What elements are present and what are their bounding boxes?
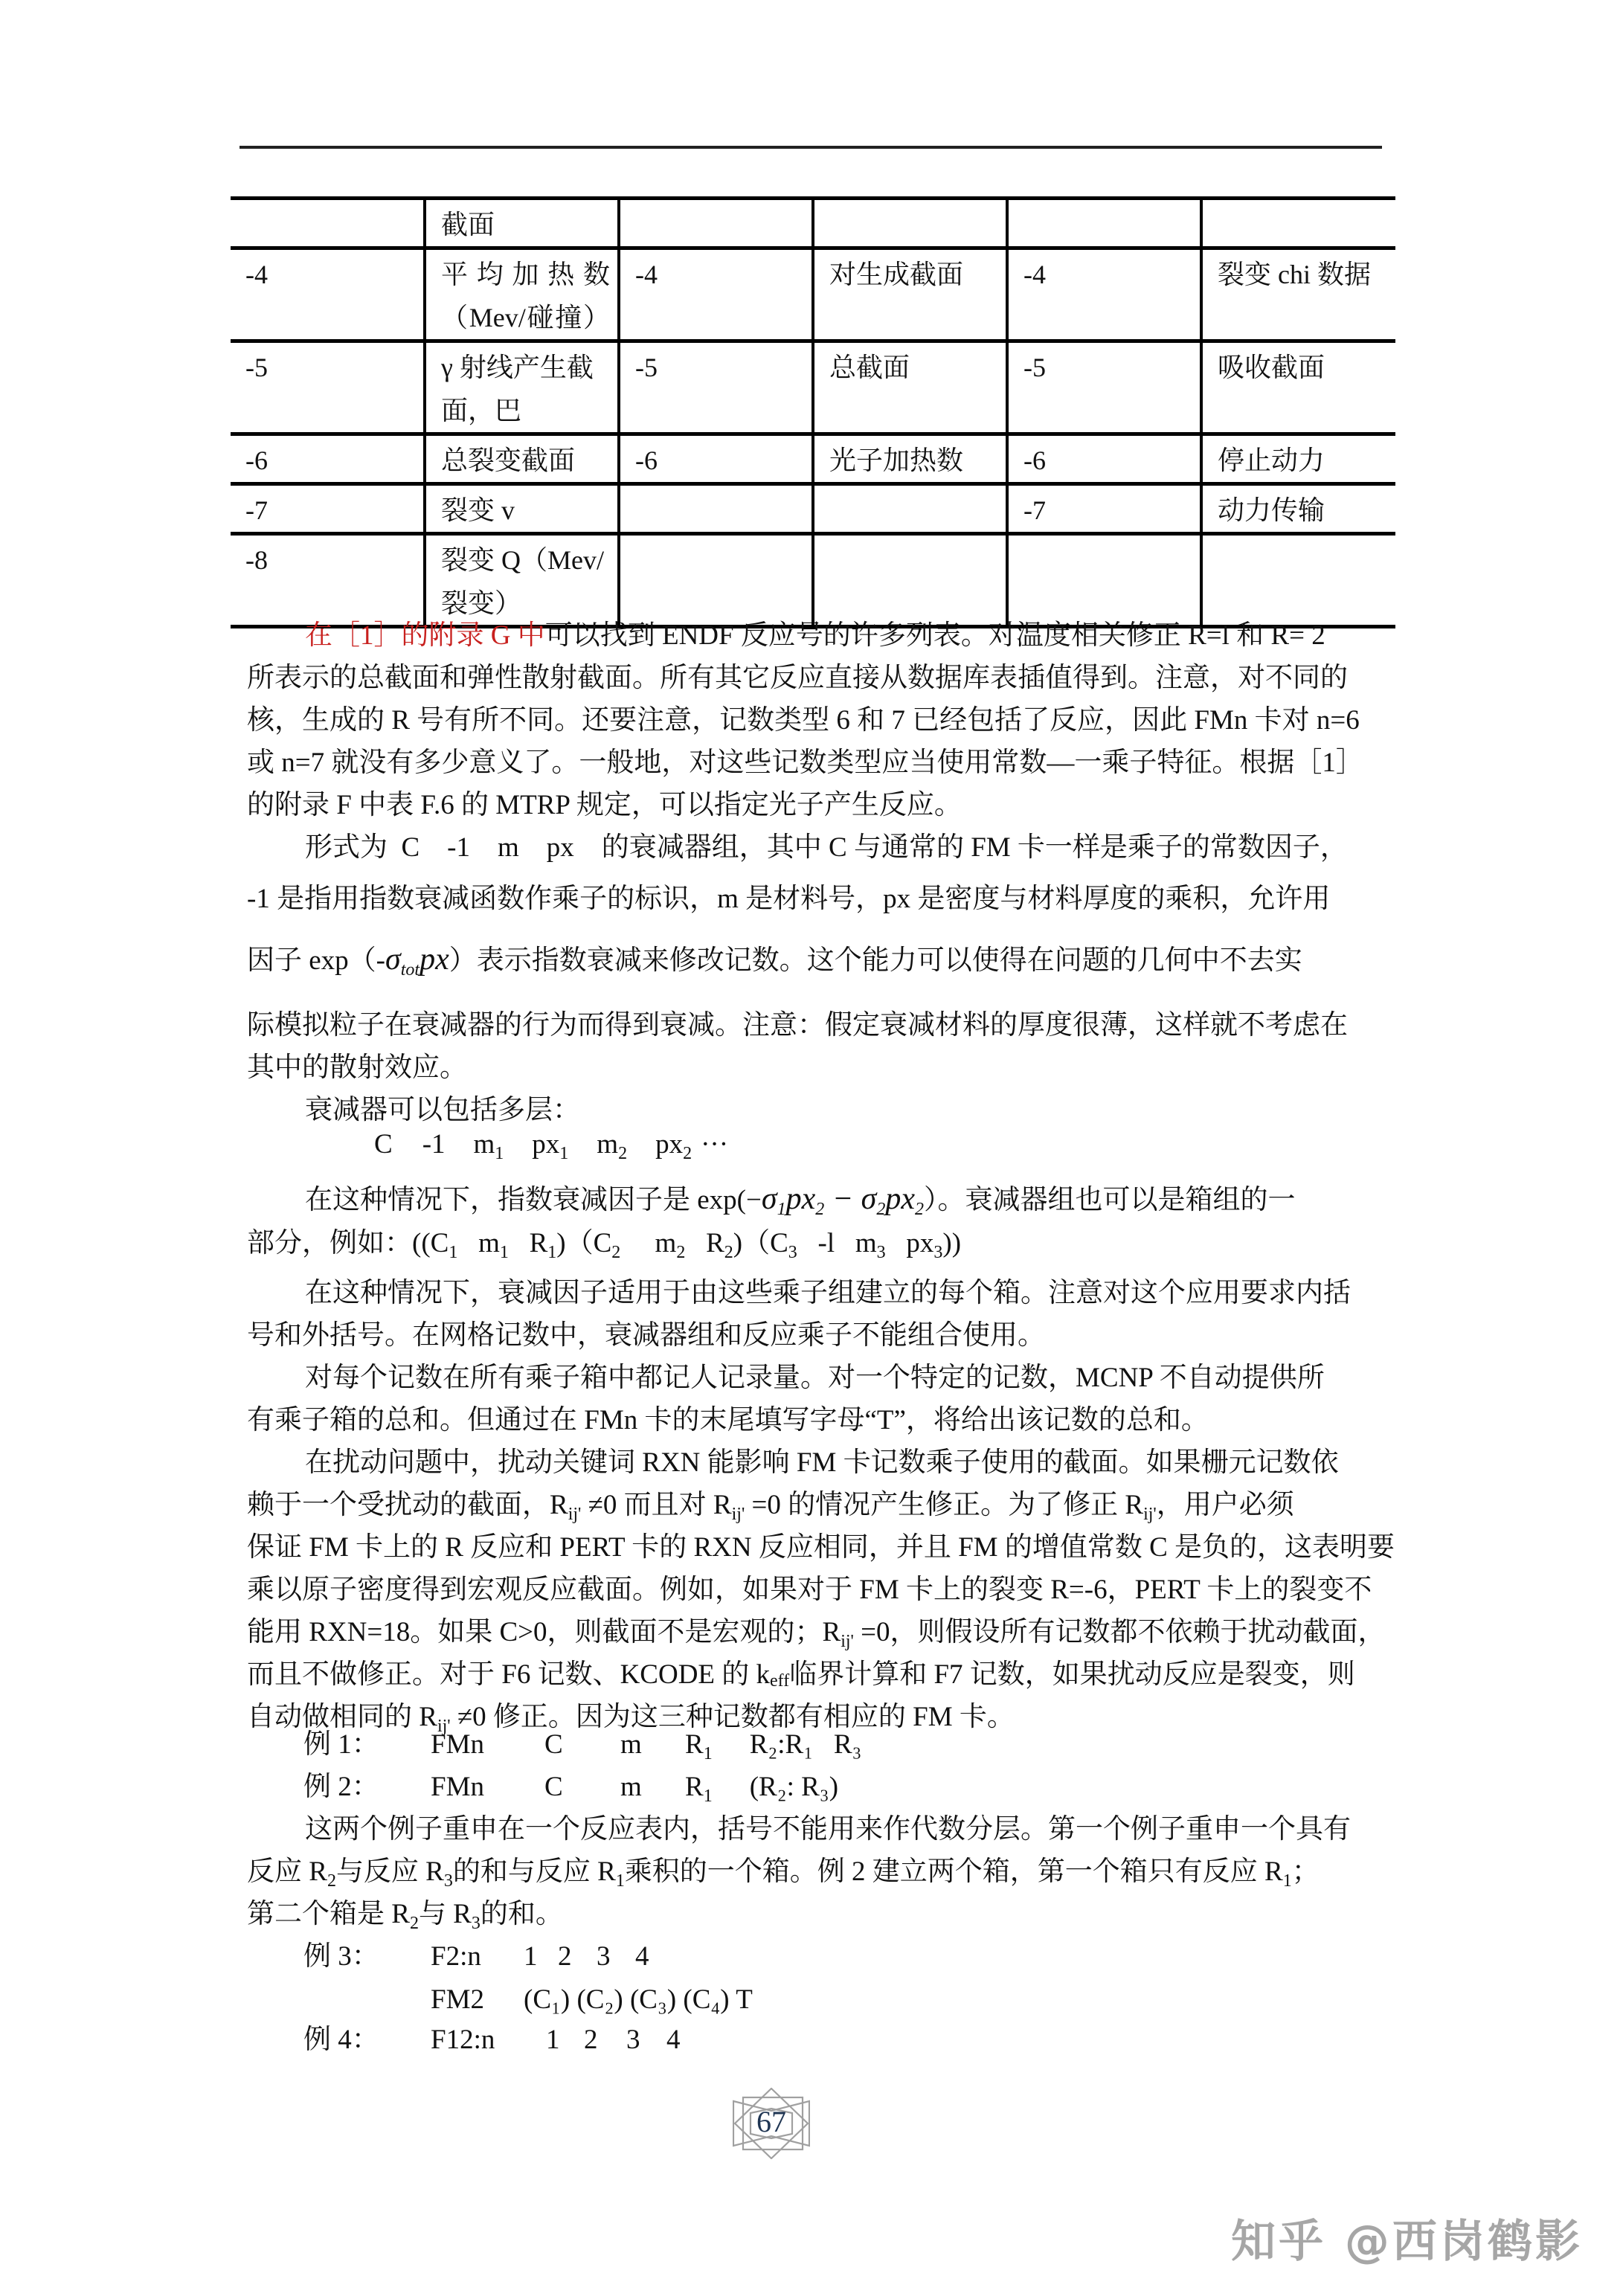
subscript: eff	[770, 1671, 789, 1691]
text: ，用户必须	[1157, 1490, 1294, 1520]
table-row: 截面	[231, 199, 1395, 248]
example-label: 例 2：	[303, 1766, 431, 1808]
paragraph-line: 在扰动问题中，扰动关键词 RXN 能影响 FM 卡记数乘子使用的截面。如果栅元记…	[305, 1441, 1443, 1484]
paragraph-line: 第二个箱是 R2与 R3的和。	[247, 1893, 1385, 1935]
text: FM2	[431, 1978, 524, 2021]
text: F2:n	[431, 1935, 524, 1978]
text: 的和与反应 R	[453, 1856, 616, 1887]
paragraph-line: 有乘子箱的总和。但通过在 FMn 卡的末尾填写字母“T”，将给出该记数的总和。	[247, 1399, 1385, 1441]
text: (C₁) (C₂) (C₃) (C₄) T	[524, 1984, 753, 2015]
text: px	[420, 942, 449, 977]
table-cell: 裂变 v	[425, 484, 619, 534]
table-cell: -7	[1007, 484, 1201, 534]
table-cell	[1007, 534, 1201, 627]
text: 在这种情况下，指数衰减因子是 exp(−	[305, 1185, 762, 1215]
table-cell: -7	[231, 484, 425, 534]
example-1: 例 1：FMnCmR1R₂:R₁ R₃	[303, 1723, 861, 1766]
text: (R₂: R₃)	[750, 1772, 838, 1802]
paragraph-line: 而且不做修正。对于 F6 记数、KCODE 的 keff临界计算和 F7 记数，…	[247, 1653, 1385, 1696]
formula-multilayer: C-1m1px1m2px2···	[374, 1123, 728, 1165]
text: 3	[626, 2019, 666, 2061]
reaction-table: 截面 -4 平均加热数（Mev/碰撞） -4 对生成截面 -4 裂变 chi 数…	[231, 196, 1395, 628]
paragraph-line: 核，生成的 R 号有所不同。还要注意，记数类型 6 和 7 已经包括了反应，因此…	[247, 699, 1385, 742]
text: px	[655, 1129, 683, 1160]
text: 赖于一个受扰动的截面，R	[247, 1490, 568, 1520]
text: R₂:R₁ R₃	[750, 1729, 862, 1760]
header-rule	[240, 146, 1382, 149]
table-cell: -6	[231, 434, 425, 484]
paragraph-line: 其中的散射效应。	[247, 1046, 1385, 1089]
table-cell: 光子加热数	[813, 434, 1007, 484]
subscript: ij'	[841, 1632, 854, 1651]
table-cell: 停止动力	[1201, 434, 1395, 484]
table-cell	[1201, 534, 1395, 627]
text: px	[532, 1129, 559, 1160]
text: m	[620, 1723, 685, 1766]
table-cell: -5	[1007, 341, 1201, 434]
table-cell	[619, 484, 813, 534]
paragraph-line: 的附录 F 中表 F.6 的 MTRP 规定，可以指定光子产生反应。	[247, 784, 1385, 826]
table-cell: 吸收截面	[1201, 341, 1395, 434]
text: ···	[701, 1129, 728, 1160]
table-row: -7 裂变 v -7 动力传输	[231, 484, 1395, 534]
example-label: 例 3：	[303, 1935, 431, 1978]
table-cell	[619, 534, 813, 627]
paragraph-line: 能用 RXN=18。如果 C>0，则截面不是宏观的；Rij' =0，则假设所有记…	[247, 1611, 1385, 1653]
text: 的和。	[481, 1899, 563, 1929]
text: 2	[558, 1935, 597, 1978]
table-cell: -6	[1007, 434, 1201, 484]
text: 可以找到 ENDF 反应号的许多列表。对温度相关修正 R=l 和 R= 2	[545, 620, 1325, 651]
example-label: 例 1：	[303, 1723, 431, 1766]
table-cell	[1201, 199, 1395, 248]
text: 因子 exp（-	[247, 945, 385, 976]
text: ）。衰减器组也可以是箱组的一	[924, 1185, 1296, 1215]
text: 4	[635, 1941, 649, 1972]
table-cell: 平均加热数（Mev/碰撞）	[425, 248, 619, 341]
text: m	[597, 1129, 618, 1160]
table-cell: 对生成截面	[813, 248, 1007, 341]
paragraph-line: -1 是指用指数衰减函数作乘子的标识，m 是材料号，px 是密度与材料厚度的乘积…	[247, 878, 1385, 920]
watermark: 知乎 @西岗鹤影	[1231, 2206, 1583, 2270]
text: C	[544, 1766, 620, 1808]
text: 临界计算和 F7 记数，如果扰动反应是裂变，则	[789, 1659, 1355, 1690]
table-row: -4 平均加热数（Mev/碰撞） -4 对生成截面 -4 裂变 chi 数据	[231, 248, 1395, 341]
page-number: 67	[733, 2104, 810, 2139]
paragraph-line: 乘以原子密度得到宏观反应截面。例如，如果对于 FM 卡上的裂变 R=-6，PER…	[247, 1569, 1385, 1611]
text: 与反应 R	[336, 1856, 444, 1887]
text: 反应 R	[247, 1856, 327, 1887]
subscript: ij'	[1143, 1505, 1157, 1524]
paragraph-line: 际模拟粒子在衰减器的行为而得到衰减。注意：假定衰减材料的厚度很薄，这样就不考虑在	[247, 1004, 1385, 1046]
text: m	[620, 1766, 685, 1808]
paragraph-line: 部分，例如：((C1 m1 R1)（C2 m2 R2)（C3 -l m3 px3…	[247, 1222, 1385, 1264]
table-cell: 总截面	[813, 341, 1007, 434]
table-cell	[813, 534, 1007, 627]
table-cell	[231, 199, 425, 248]
sigma-symbol: σ	[385, 942, 401, 977]
text: ；	[1292, 1856, 1320, 1887]
table-cell: γ 射线产生截面，巴	[425, 341, 619, 434]
table-cell	[619, 199, 813, 248]
paragraph-line: 赖于一个受扰动的截面，Rij' ≠0 而且对 Rij' =0 的情况产生修正。为…	[247, 1484, 1385, 1526]
table-cell	[813, 484, 1007, 534]
paragraph-line: 所表示的总截面和弹性散射截面。所有其它反应直接从数据库表插值得到。注意，对不同的	[247, 657, 1385, 699]
text: 与 R	[419, 1899, 472, 1929]
paragraph-line: 因子 exp（-σtotpx）表示指数衰减来修改记数。这个能力可以使得在问题的几…	[247, 939, 1385, 982]
table-row: -8 裂变 Q（Mev/裂变）	[231, 534, 1395, 627]
text: ）表示指数衰减来修改记数。这个能力可以使得在问题的几何中不去实	[449, 945, 1302, 976]
subscript: tot	[401, 960, 420, 980]
text: FMn	[431, 1723, 544, 1766]
table-cell: -8	[231, 534, 425, 627]
text: FMn	[431, 1766, 544, 1808]
paragraph-line: 形式为 C -1 m px 的衰减器组，其中 C 与通常的 FM 卡一样是乘子的…	[305, 826, 1443, 869]
table-row: -6 总裂变截面 -6 光子加热数 -6 停止动力	[231, 434, 1395, 484]
formula-exp: σ1px2 − σ2px2	[762, 1182, 924, 1216]
text: 乘积的一个箱。例 2 建立两个箱，第一个箱只有反应 R	[625, 1856, 1283, 1887]
text: 3	[597, 1935, 635, 1978]
paragraph-line: 这两个例子重申在一个反应表内，括号不能用来作代数分层。第一个例子重申一个具有	[305, 1808, 1443, 1850]
text: 2	[584, 2019, 626, 2061]
text: m	[474, 1129, 495, 1160]
table-cell: -6	[619, 434, 813, 484]
paragraph-line: 对每个记数在所有乘子箱中都记人记录量。对一个特定的记数，MCNP 不自动提供所	[305, 1357, 1443, 1399]
text: 能用 RXN=18。如果 C>0，则截面不是宏观的；R	[247, 1617, 841, 1647]
text: 而且不做修正。对于 F6 记数、KCODE 的 k	[247, 1659, 770, 1690]
subscript: ij'	[732, 1505, 745, 1524]
paragraph-line: 在这种情况下，指数衰减因子是 exp(−σ1px2 − σ2px2）。衰减器组也…	[305, 1178, 1443, 1221]
example-3: 例 3：F2:n1234	[303, 1935, 649, 1978]
text: =0，则假设所有记数都不依赖于扰动截面，	[854, 1617, 1386, 1647]
example-label: 例 4：	[303, 2019, 431, 2061]
subscript: ij'	[568, 1505, 582, 1524]
table-cell: 总裂变截面	[425, 434, 619, 484]
text: 1	[524, 1935, 558, 1978]
text: 1	[546, 2019, 584, 2061]
table-cell: 裂变 chi 数据	[1201, 248, 1395, 341]
example-2: 例 2：FMnCmR1(R₂: R₃)	[303, 1766, 838, 1808]
example-4-card: F12:n1234	[431, 2019, 681, 2061]
text: C	[544, 1723, 620, 1766]
text: =0 的情况产生修正。为了修正 R	[745, 1490, 1143, 1520]
subscript: 1	[559, 1144, 568, 1163]
table-cell: -4	[231, 248, 425, 341]
paragraph-line: 反应 R2与反应 R3的和与反应 R1乘积的一个箱。例 2 建立两个箱，第一个箱…	[247, 1850, 1385, 1893]
subscript: 2	[618, 1144, 627, 1163]
table-cell: -4	[619, 248, 813, 341]
text: C	[374, 1129, 393, 1160]
table-row: -5 γ 射线产生截面，巴 -5 总截面 -5 吸收截面	[231, 341, 1395, 434]
text: R	[685, 1772, 704, 1802]
paragraph-line: 在这种情况下，衰减因子适用于由这些乘子组建立的每个箱。注意对这个应用要求内括	[305, 1272, 1443, 1314]
page-number-badge: 67	[733, 2088, 810, 2159]
paragraph-line: 在［1］的附录 G 中可以找到 ENDF 反应号的许多列表。对温度相关修正 R=…	[305, 614, 1443, 657]
table-cell: -5	[619, 341, 813, 434]
table-cell: 动力传输	[1201, 484, 1395, 534]
text: F12:n	[431, 2019, 546, 2061]
example-3-fm-card: FM2(C₁) (C₂) (C₃) (C₄) T	[431, 1978, 753, 2021]
appendix-g-reference-link[interactable]: 在［1］的附录 G 中	[305, 620, 545, 651]
paragraph-line: 号和外括号。在网格记数中，衰减器组和反应乘子不能组合使用。	[247, 1314, 1385, 1357]
table-cell	[813, 199, 1007, 248]
subscript: 2	[683, 1144, 692, 1163]
text: 部分，例如：((C	[247, 1228, 449, 1258]
table-cell: -5	[231, 341, 425, 434]
paragraph-line: 或 n=7 就没有多少意义了。一般地，对这些记数类型应当使用常数—一乘子特征。根…	[247, 742, 1385, 784]
text: 4	[666, 2025, 681, 2055]
table-cell: 裂变 Q（Mev/裂变）	[425, 534, 619, 627]
text: 第二个箱是 R	[247, 1899, 410, 1929]
table-cell: -4	[1007, 248, 1201, 341]
table-cell: 截面	[425, 199, 619, 248]
subscript: 1	[495, 1144, 504, 1163]
text: ≠0 而且对 R	[581, 1490, 731, 1520]
text: -1	[422, 1129, 446, 1160]
text: R	[685, 1729, 704, 1760]
paragraph-line: 保证 FM 卡上的 R 反应和 PERT 卡的 RXN 反应相同，并且 FM 的…	[247, 1526, 1385, 1569]
table-cell	[1007, 199, 1201, 248]
